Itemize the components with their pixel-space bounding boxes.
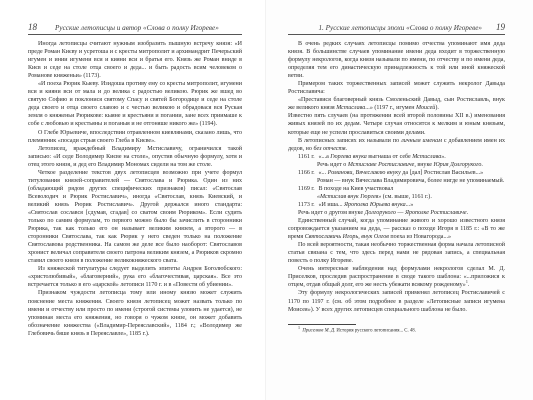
text: «... [319, 170, 328, 176]
quote-text: ). [435, 105, 439, 111]
text: «И иша... [319, 202, 345, 208]
chronicle-entry: 1166 г. «... Романови, Вячеславлю внуку … [288, 169, 505, 177]
paragraph: Признаком чуждости летописца тому или ин… [28, 289, 242, 337]
paragraph: Единственный случай, когда упоминание жи… [288, 217, 505, 241]
text: Очень интересные наблюдения над формулам… [288, 266, 505, 288]
right-running-header: 1. Русские летописцы эпохи «Слова о полк… [288, 22, 505, 35]
text: . [467, 210, 469, 216]
left-page-number: 18 [28, 22, 37, 32]
entry-text: «...а Гюргева внука выгнаша от себе Мсти… [317, 153, 505, 161]
paragraph: Эту формулу некрологических записей прим… [288, 289, 505, 313]
text: выгнаша от себе [367, 154, 412, 160]
italic-text: Ярополке Ростиславиче [405, 210, 467, 216]
footnote-author: Приселков М. Д. [302, 328, 335, 333]
entry-year: 1173 г. [288, 201, 317, 209]
right-page-body: В очень редких случаях летописцы помимо … [288, 40, 505, 334]
left-header-title: Русские летописцы и автор «Слова о полку… [55, 24, 219, 32]
paragraph: В очень редких случаях летописцы помимо … [288, 40, 505, 80]
quote-italic: Мстислава [336, 105, 365, 111]
entry-text: «... Романови, Вячеславлю внуку да [дал]… [317, 169, 505, 177]
entry-year: 1169 г. [288, 185, 317, 193]
entry-note: Роман — внук Вячеслава Владимировича, бо… [317, 177, 505, 185]
italic-text: Гюргева внука [330, 154, 367, 160]
text: . [481, 162, 483, 168]
right-header-title: 1. Русские летописцы эпохи «Слова о полк… [318, 24, 482, 32]
chronicle-entry: 1173 г. «И иша... Ярополка Юрьева внука.… [288, 201, 505, 209]
text: В летописных записях их называли по [298, 138, 401, 144]
italic-text: Романови, Вячеславлю внуку [328, 170, 401, 176]
paragraph: Летописец, враждебный Владимиру Мстислав… [28, 145, 242, 169]
text: — [396, 210, 405, 216]
footnote: 1 Приселков М. Д. История русского летоп… [288, 328, 505, 335]
entry-note: Речь идет о Мстиславе Ростиславиче, внук… [317, 161, 505, 169]
text: ...» [406, 202, 414, 208]
paragraph: Известно пять случаев (на протяжении все… [288, 112, 505, 136]
italic-text: Юрия Долгорукого [433, 162, 481, 168]
right-page-number: 19 [496, 22, 505, 32]
entry-note: «Мстислав внук Гюргев» (см. выше, 1161 г… [317, 193, 505, 201]
left-page: 18Русские летописцы и автор «Слова о пол… [0, 0, 266, 400]
entry-year: 1166 г. [288, 169, 317, 177]
paragraph: Из княжеской титулатуры следует выделить… [28, 265, 242, 289]
left-page-body: Иногда летописцы считают нужным изобрази… [28, 40, 242, 338]
italic-text: Мстислава [412, 154, 441, 160]
text: Речь идет о [317, 162, 348, 168]
paragraph: Речь идет о другом внуке Долгорукого — Я… [288, 209, 505, 217]
italic-text: Долгорукого [365, 210, 396, 216]
quote-paragraph: «Преставися благоверный князь Смоленьски… [288, 96, 505, 112]
paragraph: Четкое разделение текстов двух летописце… [28, 169, 242, 266]
italic-text: без отчеств [313, 146, 345, 152]
entry-year: 1161 г. [288, 153, 317, 161]
entry-text: В походе на Киев участвовал [317, 185, 505, 193]
entry-text: «И иша... Ярополка Юрьева внука...» [317, 201, 505, 209]
left-running-header: 18Русские летописцы и автор «Слова о пол… [28, 22, 242, 35]
right-page: 1. Русские летописцы эпохи «Слова о полк… [266, 0, 533, 400]
text: ». [441, 154, 446, 160]
text: , внуке [414, 162, 433, 168]
text: . [346, 146, 348, 152]
paragraph: «И поеха Рюрик Кыеву. Изидоша противу ем… [28, 80, 242, 128]
italic-text: личным именам [401, 138, 442, 144]
italic-text: Святославичь Игорь, внук Олгов [305, 234, 389, 240]
paragraph: Очень интересные наблюдения над формулам… [288, 265, 505, 289]
text: поеха из Новагорода...» [389, 234, 451, 240]
footnote-marker: 1 [298, 325, 300, 330]
book-spread: 18Русские летописцы и автор «Слова о пол… [0, 0, 533, 400]
quote-italic: Моисей [416, 105, 435, 111]
italic-text: «Мстислав внук Гюргев» [317, 194, 381, 200]
text: . [468, 282, 470, 288]
text: да [дал] Ростислав Васильев...» [401, 170, 483, 176]
italic-text: Мстиславе Ростиславиче [348, 162, 414, 168]
text: «...а [319, 154, 331, 160]
quote-text: ...» (1197 г., игумен [365, 105, 416, 111]
footnote-text: История русского летописания... С. 48. [335, 328, 416, 333]
paragraph: Примером таких торжественных записей мож… [288, 80, 505, 96]
paragraph: О Глебе Юрьевиче, впоследствии отравленн… [28, 129, 242, 145]
text: Речь идет о другом внуке [298, 210, 365, 216]
italic-text: Ярополка Юрьева внука [344, 202, 406, 208]
text: В походе на Киев участвовал [319, 186, 394, 192]
paragraph: Иногда летописцы считают нужным изобрази… [28, 40, 242, 80]
chronicle-entry: 1169 г. В походе на Киев участвовал [288, 185, 505, 193]
chronicle-entry: 1161 г. «...а Гюргева внука выгнаша от с… [288, 153, 505, 161]
text: (см. выше, 1161 г.). [381, 194, 432, 200]
paragraph: В летописных записях их называли по личн… [288, 137, 505, 153]
paragraph: По всей вероятности, такая необычно торж… [288, 241, 505, 265]
